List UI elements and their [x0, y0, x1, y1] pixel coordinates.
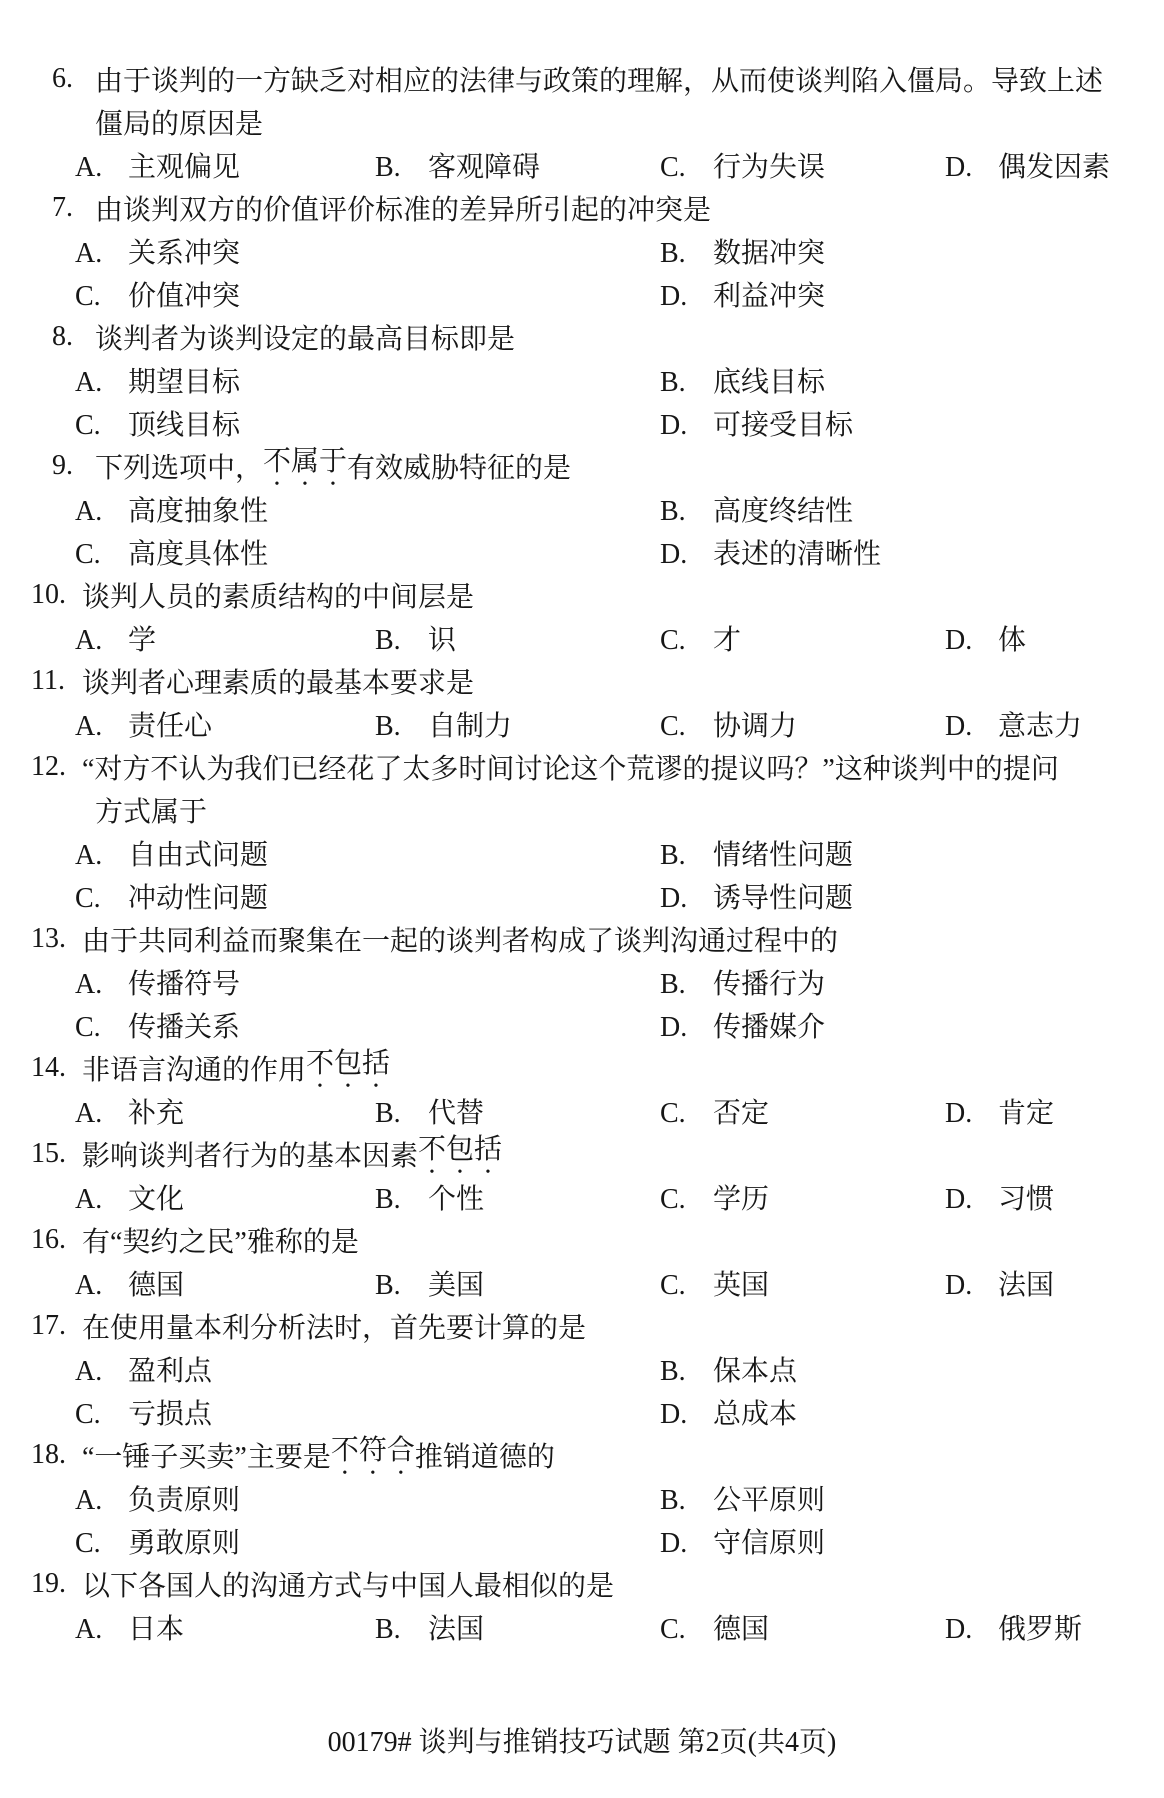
option-d-label: D.: [660, 1012, 713, 1044]
question-11-option-d: D.意志力: [945, 704, 1082, 744]
question-17-option-a: A.盈利点: [75, 1349, 660, 1389]
option-d-label: D.: [660, 410, 713, 442]
option-c-label: C.: [75, 1012, 128, 1044]
option-b-text: 自制力: [428, 711, 512, 742]
question-7-options-row-2: C.价值冲突 D.利益冲突: [0, 272, 1164, 315]
option-d-label: D.: [945, 625, 998, 657]
question-18-option-c: C.勇敢原则: [75, 1521, 660, 1561]
option-c-label: C.: [660, 1270, 713, 1302]
question-17-option-c: C.亏损点: [75, 1392, 660, 1432]
question-19-option-d: D.俄罗斯: [945, 1607, 1082, 1647]
question-13-options-row-2: C.传播关系 D.传播媒介: [0, 1003, 1164, 1046]
question-9-text-pre: 下列选项中，: [95, 446, 263, 486]
question-7-option-b: B.数据冲突: [660, 231, 825, 271]
option-d-text: 利益冲突: [713, 281, 825, 312]
option-b-text: 客观障碍: [428, 152, 540, 183]
question-16-option-a: A.德国: [75, 1263, 375, 1303]
question-18-option-a: A.负责原则: [75, 1478, 660, 1518]
option-b-label: B.: [660, 1485, 713, 1517]
option-c-label: C.: [660, 152, 713, 184]
option-d-label: D.: [660, 539, 713, 571]
option-d-text: 偶发因素: [998, 152, 1110, 183]
question-9-number: 9.: [52, 450, 95, 482]
option-a-label: A.: [75, 1184, 128, 1216]
option-c-text: 协调力: [713, 711, 797, 742]
question-13-option-b: B.传播行为: [660, 962, 825, 1002]
option-a-text: 传播符号: [128, 969, 240, 1000]
question-13-option-c: C.传播关系: [75, 1005, 660, 1045]
option-a-text: 自由式问题: [128, 840, 268, 871]
option-a-text: 高度抽象性: [128, 496, 268, 527]
question-14-option-b: B.代替: [375, 1091, 660, 1131]
option-d-text: 表述的清晰性: [713, 539, 881, 570]
option-b-text: 高度终结性: [713, 496, 853, 527]
option-b-text: 个性: [428, 1184, 484, 1215]
question-13-number: 13.: [31, 923, 82, 955]
question-15-line-1: 15.影响谈判者行为的基本因素不包括: [0, 1132, 1164, 1175]
option-d-text: 可接受目标: [713, 410, 853, 441]
question-12-text: “对方不认为我们已经花了太多时间讨论这个荒谬的提议吗？”这种谈判中的提问: [82, 747, 1059, 787]
option-b-text: 保本点: [713, 1356, 797, 1387]
option-b-label: B.: [375, 1184, 428, 1216]
option-b-label: B.: [660, 238, 713, 270]
question-6-text-cont: 僵局的原因是: [95, 102, 263, 142]
option-c-text: 否定: [713, 1098, 769, 1129]
question-17-option-b: B.保本点: [660, 1349, 797, 1389]
option-c-label: C.: [75, 1528, 128, 1560]
option-a-label: A.: [75, 1270, 128, 1302]
question-9-options-row-2: C.高度具体性 D.表述的清晰性: [0, 530, 1164, 573]
question-14-option-c: C.否定: [660, 1091, 945, 1131]
option-a-label: A.: [75, 625, 128, 657]
question-18-options-row-2: C.勇敢原则 D.守信原则: [0, 1519, 1164, 1562]
option-b-label: B.: [375, 1270, 428, 1302]
option-d-text: 肯定: [998, 1098, 1054, 1129]
page-footer-text: 00179# 谈判与推销技巧试题 第2页(共4页): [328, 1727, 837, 1758]
option-a-label: A.: [75, 1098, 128, 1130]
option-d-text: 诱导性问题: [713, 883, 853, 914]
option-c-text: 勇敢原则: [128, 1528, 240, 1559]
option-a-label: A.: [75, 969, 128, 1001]
question-7-number: 7.: [52, 192, 95, 224]
option-a-label: A.: [75, 496, 128, 528]
question-13-text: 由于共同利益而聚集在一起的谈判者构成了谈判沟通过程中的: [82, 919, 838, 959]
question-12-line-2: 方式属于: [0, 788, 1164, 831]
question-8-number: 8.: [52, 321, 95, 353]
question-10-line-1: 10.谈判人员的素质结构的中间层是: [0, 573, 1164, 616]
question-10-number: 10.: [31, 579, 82, 611]
question-18-options-row-1: A.负责原则 B.公平原则: [0, 1476, 1164, 1519]
question-14-number: 14.: [31, 1052, 82, 1084]
question-6-options: A.主观偏见 B.客观障碍 C.行为失误 D.偶发因素: [0, 143, 1164, 186]
option-c-label: C.: [75, 883, 128, 915]
question-14-options: A.补充 B.代替 C.否定 D.肯定: [0, 1089, 1164, 1132]
option-b-text: 底线目标: [713, 367, 825, 398]
question-16-number: 16.: [31, 1224, 82, 1256]
question-12-text-cont: 方式属于: [95, 790, 207, 830]
question-7-option-c: C.价值冲突: [75, 274, 660, 314]
option-b-label: B.: [660, 969, 713, 1001]
question-12-option-a: A.自由式问题: [75, 833, 660, 873]
question-13-options-row-1: A.传播符号 B.传播行为: [0, 960, 1164, 1003]
option-c-label: C.: [75, 410, 128, 442]
question-19-option-a: A.日本: [75, 1607, 375, 1647]
question-18-option-b: B.公平原则: [660, 1478, 825, 1518]
option-d-label: D.: [660, 281, 713, 313]
option-d-label: D.: [945, 1098, 998, 1130]
option-c-text: 冲动性问题: [128, 883, 268, 914]
question-14-text-pre: 非语言沟通的作用: [82, 1048, 306, 1088]
option-c-label: C.: [660, 1614, 713, 1646]
question-9-option-c: C.高度具体性: [75, 532, 660, 572]
question-12-option-c: C.冲动性问题: [75, 876, 660, 916]
question-16-text: 有“契约之民”雅称的是: [82, 1220, 359, 1260]
option-c-text: 德国: [713, 1614, 769, 1645]
option-c-text: 行为失误: [713, 152, 825, 183]
question-10-option-a: A.学: [75, 618, 375, 658]
option-a-text: 关系冲突: [128, 238, 240, 269]
question-12-number: 12.: [31, 751, 82, 783]
option-a-text: 责任心: [128, 711, 212, 742]
question-19-line-1: 19.以下各国人的沟通方式与中国人最相似的是: [0, 1562, 1164, 1605]
option-a-label: A.: [75, 1614, 128, 1646]
option-c-text: 顶线目标: [128, 410, 240, 441]
option-a-label: A.: [75, 711, 128, 743]
option-d-label: D.: [660, 883, 713, 915]
option-c-label: C.: [660, 1184, 713, 1216]
question-15-option-b: B.个性: [375, 1177, 660, 1217]
question-13-option-a: A.传播符号: [75, 962, 660, 1002]
option-a-text: 期望目标: [128, 367, 240, 398]
question-11-options: A.责任心 B.自制力 C.协调力 D.意志力: [0, 702, 1164, 745]
option-d-text: 意志力: [998, 711, 1082, 742]
question-12-option-b: B.情绪性问题: [660, 833, 853, 873]
question-17-text: 在使用量本利分析法时，首先要计算的是: [82, 1306, 586, 1346]
option-c-text: 学历: [713, 1184, 769, 1215]
question-13-option-d: D.传播媒介: [660, 1005, 825, 1045]
exam-page: { "page": { "footer": "00179# 谈判与推销技巧试题 …: [0, 0, 1164, 1798]
option-a-text: 盈利点: [128, 1356, 212, 1387]
option-d-text: 传播媒介: [713, 1012, 825, 1043]
question-17-option-d: D.总成本: [660, 1392, 797, 1432]
question-11-option-c: C.协调力: [660, 704, 945, 744]
question-15-text-emphasis: 不包括: [418, 1127, 502, 1180]
question-6-text: 由于谈判的一方缺乏对相应的法律与政策的理解，从而使谈判陷入僵局。导致上述: [95, 59, 1103, 99]
question-7-option-d: D.利益冲突: [660, 274, 825, 314]
option-c-label: C.: [660, 1098, 713, 1130]
question-18-text-emphasis: 不符合: [331, 1428, 415, 1481]
option-a-text: 主观偏见: [128, 152, 240, 183]
question-6-option-a: A.主观偏见: [75, 145, 375, 185]
question-7-option-a: A.关系冲突: [75, 231, 660, 271]
question-18-option-d: D.守信原则: [660, 1521, 825, 1561]
option-b-label: B.: [375, 1098, 428, 1130]
option-d-text: 守信原则: [713, 1528, 825, 1559]
question-12-options-row-1: A.自由式问题 B.情绪性问题: [0, 831, 1164, 874]
question-14-option-a: A.补充: [75, 1091, 375, 1131]
option-b-text: 公平原则: [713, 1485, 825, 1516]
question-12-line-1: 12.“对方不认为我们已经花了太多时间讨论这个荒谬的提议吗？”这种谈判中的提问: [0, 745, 1164, 788]
question-19-number: 19.: [31, 1568, 82, 1600]
option-b-label: B.: [375, 711, 428, 743]
question-18-line-1: 18.“一锤子买卖”主要是不符合推销道德的: [0, 1433, 1164, 1476]
question-9-option-d: D.表述的清晰性: [660, 532, 881, 572]
option-a-label: A.: [75, 238, 128, 270]
question-8-options-row-1: A.期望目标 B.底线目标: [0, 358, 1164, 401]
option-d-label: D.: [660, 1528, 713, 1560]
option-d-label: D.: [660, 1399, 713, 1431]
question-17-number: 17.: [31, 1310, 82, 1342]
question-8-line-1: 8.谈判者为谈判设定的最高目标即是: [0, 315, 1164, 358]
question-14-text-emphasis: 不包括: [306, 1041, 390, 1094]
question-11-option-b: B.自制力: [375, 704, 660, 744]
question-7-line-1: 7.由谈判双方的价值评价标准的差异所引起的冲突是: [0, 186, 1164, 229]
question-list: 6.由于谈判的一方缺乏对相应的法律与政策的理解，从而使谈判陷入僵局。导致上述 僵…: [0, 0, 1164, 1648]
question-6-option-c: C.行为失误: [660, 145, 945, 185]
option-a-text: 负责原则: [128, 1485, 240, 1516]
option-b-text: 代替: [428, 1098, 484, 1129]
question-16-options: A.德国 B.美国 C.英国 D.法国: [0, 1261, 1164, 1304]
question-9-option-b: B.高度终结性: [660, 489, 853, 529]
question-8-text: 谈判者为谈判设定的最高目标即是: [95, 317, 515, 357]
question-9-text-post: 有效威胁特征的是: [347, 446, 571, 486]
question-10-option-c: C.才: [660, 618, 945, 658]
question-15-option-c: C.学历: [660, 1177, 945, 1217]
option-b-text: 数据冲突: [713, 238, 825, 269]
question-15-number: 15.: [31, 1138, 82, 1170]
option-d-text: 法国: [998, 1270, 1054, 1301]
option-c-text: 传播关系: [128, 1012, 240, 1043]
option-a-text: 学: [128, 625, 156, 656]
question-7-options-row-1: A.关系冲突 B.数据冲突: [0, 229, 1164, 272]
option-a-text: 德国: [128, 1270, 184, 1301]
option-d-label: D.: [945, 711, 998, 743]
option-b-text: 识: [428, 625, 456, 656]
option-b-label: B.: [660, 840, 713, 872]
option-c-label: C.: [660, 625, 713, 657]
question-12-option-d: D.诱导性问题: [660, 876, 853, 916]
question-12-options-row-2: C.冲动性问题 D.诱导性问题: [0, 874, 1164, 917]
option-b-label: B.: [375, 1614, 428, 1646]
question-19-text: 以下各国人的沟通方式与中国人最相似的是: [82, 1564, 614, 1604]
option-d-label: D.: [945, 1614, 998, 1646]
question-6-line-1: 6.由于谈判的一方缺乏对相应的法律与政策的理解，从而使谈判陷入僵局。导致上述: [0, 57, 1164, 100]
option-a-label: A.: [75, 367, 128, 399]
option-a-label: A.: [75, 1356, 128, 1388]
option-b-label: B.: [660, 496, 713, 528]
option-b-label: B.: [375, 625, 428, 657]
question-16-line-1: 16.有“契约之民”雅称的是: [0, 1218, 1164, 1261]
question-9-option-a: A.高度抽象性: [75, 489, 660, 529]
question-14-line-1: 14.非语言沟通的作用不包括: [0, 1046, 1164, 1089]
option-c-label: C.: [75, 281, 128, 313]
option-b-label: B.: [660, 1356, 713, 1388]
question-19-option-b: B.法国: [375, 1607, 660, 1647]
option-d-label: D.: [945, 1184, 998, 1216]
option-a-label: A.: [75, 1485, 128, 1517]
option-c-text: 价值冲突: [128, 281, 240, 312]
option-b-text: 美国: [428, 1270, 484, 1301]
option-c-label: C.: [75, 539, 128, 571]
option-a-label: A.: [75, 152, 128, 184]
option-a-label: A.: [75, 840, 128, 872]
option-a-text: 文化: [128, 1184, 184, 1215]
option-a-text: 补充: [128, 1098, 184, 1129]
question-16-option-b: B.美国: [375, 1263, 660, 1303]
question-16-option-c: C.英国: [660, 1263, 945, 1303]
question-18-text-pre: “一锤子买卖”主要是: [82, 1435, 331, 1475]
question-15-text-pre: 影响谈判者行为的基本因素: [82, 1134, 418, 1174]
option-b-label: B.: [375, 152, 428, 184]
question-17-options-row-2: C.亏损点 D.总成本: [0, 1390, 1164, 1433]
question-15-options: A.文化 B.个性 C.学历 D.习惯: [0, 1175, 1164, 1218]
question-14-option-d: D.肯定: [945, 1091, 1054, 1131]
question-19-option-c: C.德国: [660, 1607, 945, 1647]
option-c-text: 才: [713, 625, 741, 656]
question-11-option-a: A.责任心: [75, 704, 375, 744]
option-c-text: 英国: [713, 1270, 769, 1301]
question-6-number: 6.: [52, 63, 95, 95]
option-c-label: C.: [75, 1399, 128, 1431]
option-d-text: 体: [998, 625, 1026, 656]
option-d-text: 俄罗斯: [998, 1614, 1082, 1645]
question-6-line-2: 僵局的原因是: [0, 100, 1164, 143]
question-10-option-d: D.体: [945, 618, 1026, 658]
question-16-option-d: D.法国: [945, 1263, 1054, 1303]
question-17-options-row-1: A.盈利点 B.保本点: [0, 1347, 1164, 1390]
question-11-number: 11.: [31, 665, 82, 697]
question-8-option-d: D.可接受目标: [660, 403, 853, 443]
question-10-option-b: B.识: [375, 618, 660, 658]
option-d-text: 习惯: [998, 1184, 1054, 1215]
question-13-line-1: 13.由于共同利益而聚集在一起的谈判者构成了谈判沟通过程中的: [0, 917, 1164, 960]
option-c-label: C.: [660, 711, 713, 743]
option-b-label: B.: [660, 367, 713, 399]
option-b-text: 情绪性问题: [713, 840, 853, 871]
option-d-text: 总成本: [713, 1399, 797, 1430]
page-footer: 00179# 谈判与推销技巧试题 第2页(共4页): [0, 1720, 1164, 1760]
question-8-option-c: C.顶线目标: [75, 403, 660, 443]
option-b-text: 传播行为: [713, 969, 825, 1000]
question-15-option-d: D.习惯: [945, 1177, 1054, 1217]
question-8-options-row-2: C.顶线目标 D.可接受目标: [0, 401, 1164, 444]
option-c-text: 高度具体性: [128, 539, 268, 570]
option-d-label: D.: [945, 152, 998, 184]
option-b-text: 法国: [428, 1614, 484, 1645]
question-19-options: A.日本 B.法国 C.德国 D.俄罗斯: [0, 1605, 1164, 1648]
question-11-text: 谈判者心理素质的最基本要求是: [82, 661, 474, 701]
question-15-option-a: A.文化: [75, 1177, 375, 1217]
question-7-text: 由谈判双方的价值评价标准的差异所引起的冲突是: [95, 188, 711, 228]
question-9-options-row-1: A.高度抽象性 B.高度终结性: [0, 487, 1164, 530]
question-8-option-a: A.期望目标: [75, 360, 660, 400]
question-18-text-post: 推销道德的: [415, 1435, 555, 1475]
question-6-option-d: D.偶发因素: [945, 145, 1110, 185]
question-18-number: 18.: [31, 1439, 82, 1471]
question-10-options: A.学 B.识 C.才 D.体: [0, 616, 1164, 659]
question-17-line-1: 17.在使用量本利分析法时，首先要计算的是: [0, 1304, 1164, 1347]
question-11-line-1: 11.谈判者心理素质的最基本要求是: [0, 659, 1164, 702]
option-d-label: D.: [945, 1270, 998, 1302]
question-8-option-b: B.底线目标: [660, 360, 825, 400]
option-c-text: 亏损点: [128, 1399, 212, 1430]
question-9-text-emphasis: 不属于: [263, 439, 347, 492]
question-10-text: 谈判人员的素质结构的中间层是: [82, 575, 474, 615]
option-a-text: 日本: [128, 1614, 184, 1645]
question-6-option-b: B.客观障碍: [375, 145, 660, 185]
question-9-line-1: 9.下列选项中，不属于有效威胁特征的是: [0, 444, 1164, 487]
